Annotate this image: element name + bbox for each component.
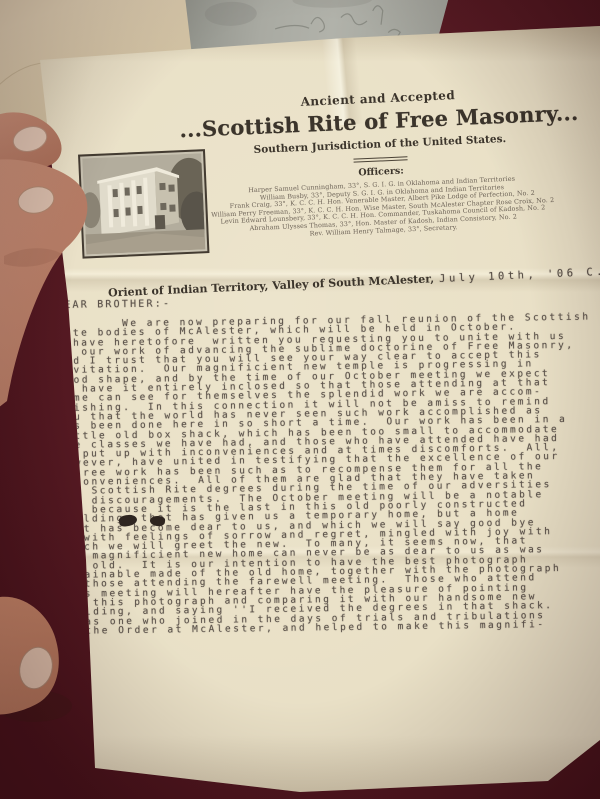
typed-lines: We are now preparing for our fall reunio… bbox=[56, 313, 582, 636]
holding-hand-fingers bbox=[0, 106, 134, 431]
holding-thumb bbox=[0, 586, 79, 736]
letter-body: DEAR BROTHER:- We are now preparing for … bbox=[56, 293, 583, 636]
divider-rule bbox=[353, 156, 407, 162]
letterhead-header: Ancient and Accepted ...Scottish Rite of… bbox=[148, 82, 600, 245]
dateline-typed: July 10th, '06 C. E. bbox=[439, 264, 600, 285]
